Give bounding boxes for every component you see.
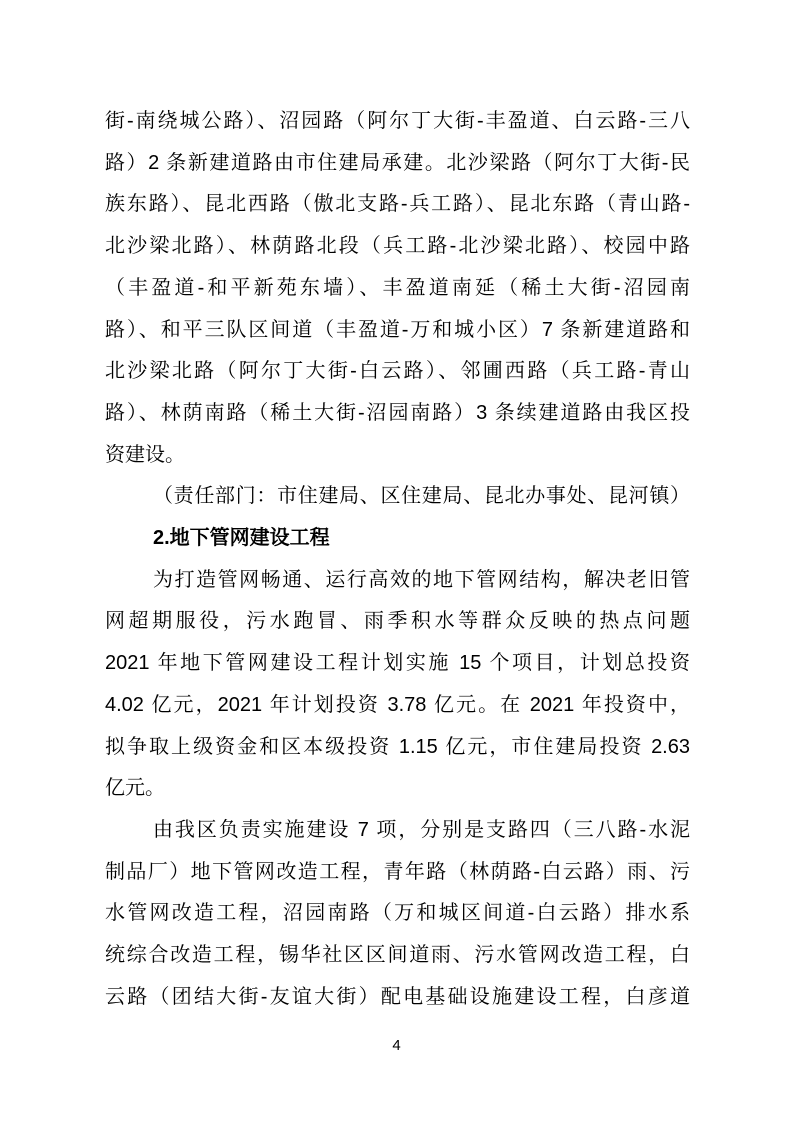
paragraph-end-line: 资建设。 xyxy=(105,435,690,477)
text-line: 制品厂）地下管网改造工程，青年路（林荫路-白云路）雨、污 xyxy=(105,852,690,894)
text-line: 族东路）、昆北西路（傲北支路-兵工路）、昆北东路（青山路- xyxy=(105,184,690,226)
text-line: 北沙梁北路（阿尔丁大街-白云路）、邻圃西路（兵工路-青山 xyxy=(105,351,690,393)
text-line: 北沙梁北路）、林荫路北段（兵工路-北沙梁北路）、校园中路 xyxy=(105,226,690,268)
text-line: 网超期服役，污水跑冒、雨季积水等群众反映的热点问题 xyxy=(105,601,690,643)
text-line: 4.02 亿元，2021 年计划投资 3.78 亿元。在 2021 年投资中， xyxy=(105,685,690,727)
section-heading: 2.地下管网建设工程 xyxy=(105,518,690,560)
paragraph-first-line: 由我区负责实施建设 7 项，分别是支路四（三八路-水泥 xyxy=(105,810,690,852)
text-line: 拟争取上级资金和区本级投资 1.15 亿元，市住建局投资 2.63 xyxy=(105,727,690,769)
text-line: 路）、林荫南路（稀土大街-沼园南路）3 条续建道路由我区投 xyxy=(105,393,690,435)
responsible-departments-line: （责任部门：市住建局、区住建局、昆北办事处、昆河镇） xyxy=(105,476,690,518)
paragraph-end-line: 亿元。 xyxy=(105,768,690,810)
text-line: 街-南绕城公路）、沼园路（阿尔丁大街-丰盈道、白云路-三八 xyxy=(105,101,690,143)
text-line: 水管网改造工程，沼园南路（万和城区间道-白云路）排水系 xyxy=(105,893,690,935)
paragraph-first-line: 为打造管网畅通、运行高效的地下管网结构，解决老旧管 xyxy=(105,560,690,602)
text-line: 2021 年地下管网建设工程计划实施 15 个项目，计划总投资 xyxy=(105,643,690,685)
document-page: 街-南绕城公路）、沼园路（阿尔丁大街-丰盈道、白云路-三八 路）2 条新建道路由… xyxy=(0,0,793,1122)
page-number: 4 xyxy=(0,1036,793,1056)
text-line: 路）、和平三队区间道（丰盈道-万和城小区）7 条新建道路和 xyxy=(105,310,690,352)
document-body: 街-南绕城公路）、沼园路（阿尔丁大街-丰盈道、白云路-三八 路）2 条新建道路由… xyxy=(105,101,690,1018)
text-line: （丰盈道-和平新苑东墙）、丰盈道南延（稀土大街-沼园南 xyxy=(105,268,690,310)
text-line: 路）2 条新建道路由市住建局承建。北沙梁路（阿尔丁大街-民 xyxy=(105,143,690,185)
text-line: 统综合改造工程，锡华社区区间道雨、污水管网改造工程，白 xyxy=(105,935,690,977)
text-line: 云路（团结大街-友谊大街）配电基础设施建设工程，白彦道 xyxy=(105,977,690,1019)
